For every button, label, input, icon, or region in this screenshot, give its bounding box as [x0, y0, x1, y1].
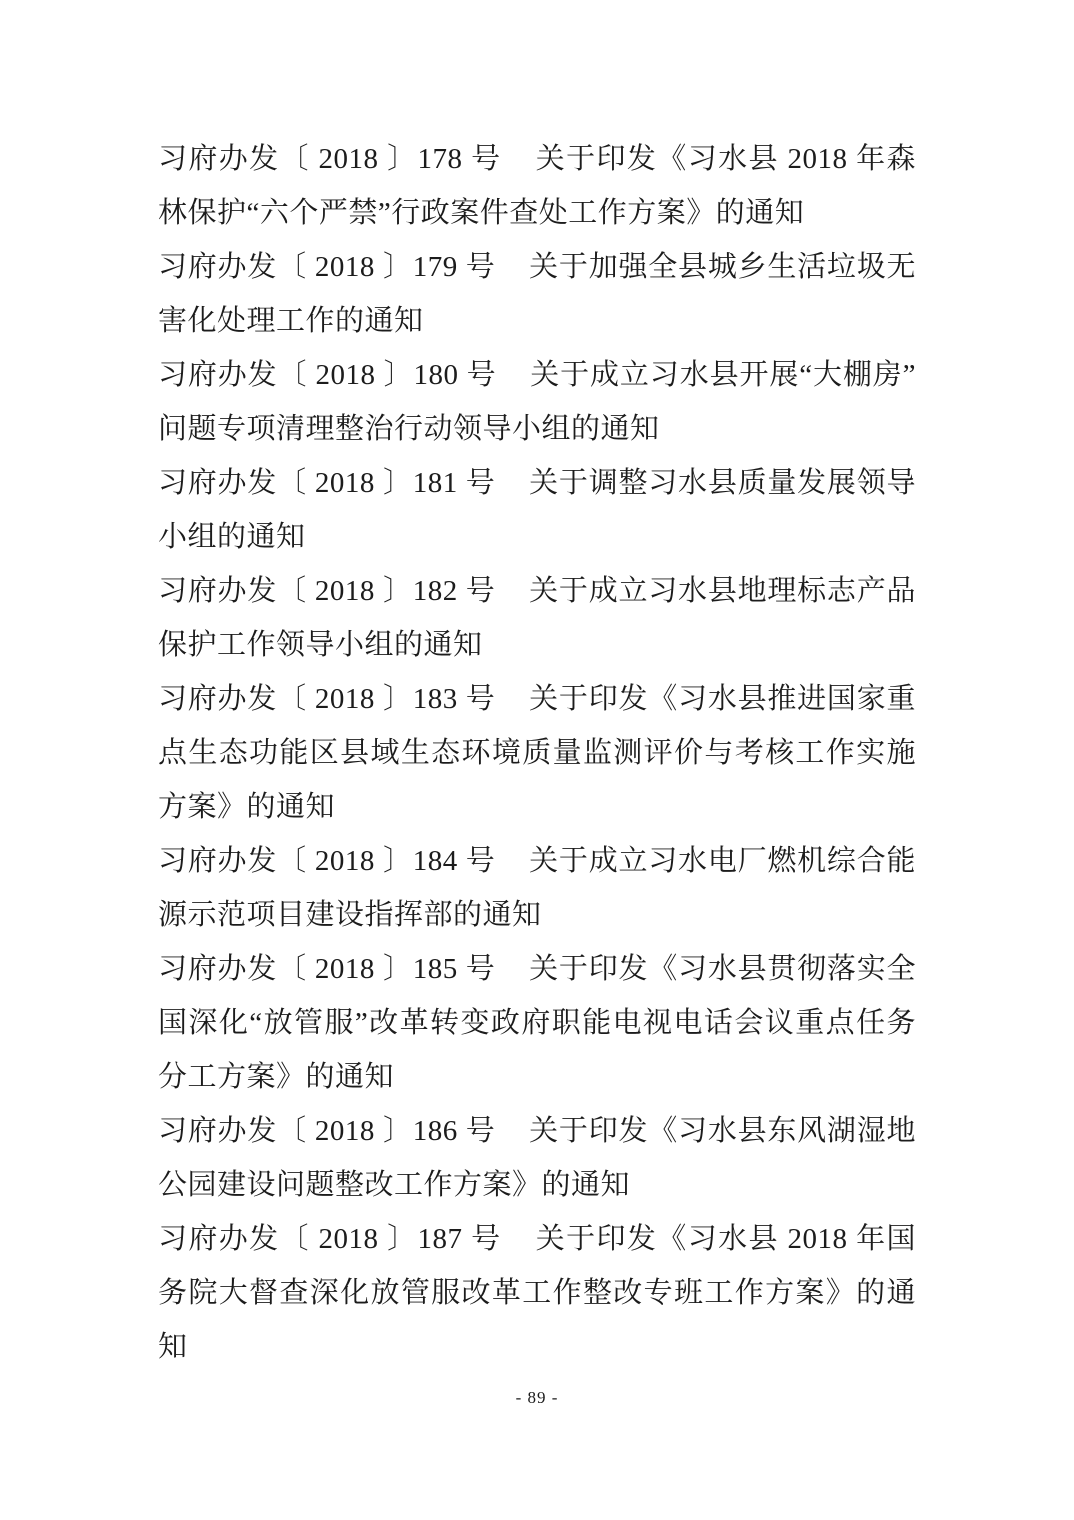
document-page: 习府办发〔 2018 〕178 号关于印发《习水县 2018 年森林保护“六个严… — [0, 0, 1074, 1520]
doc-number: 习府办发〔 2018 〕179 号 — [158, 251, 496, 283]
page-number: - 89 - — [0, 1386, 1074, 1410]
doc-number: 习府办发〔 2018 〕178 号 — [158, 143, 502, 175]
notice-entry: 习府办发〔 2018 〕182 号关于成立习水县地理标志产品保护工作领导小组的通… — [158, 564, 916, 672]
doc-number: 习府办发〔 2018 〕182 号 — [158, 575, 496, 607]
notice-entry: 习府办发〔 2018 〕184 号关于成立习水电厂燃机综合能源示范项目建设指挥部… — [158, 834, 916, 942]
doc-number: 习府办发〔 2018 〕187 号 — [158, 1223, 502, 1255]
notice-entry: 习府办发〔 2018 〕180 号关于成立习水县开展“大棚房”问题专项清理整治行… — [158, 348, 916, 456]
doc-number: 习府办发〔 2018 〕184 号 — [158, 845, 496, 877]
notice-entry: 习府办发〔 2018 〕187 号关于印发《习水县 2018 年国务院大督查深化… — [158, 1212, 916, 1374]
doc-number: 习府办发〔 2018 〕185 号 — [158, 953, 496, 985]
notice-entry: 习府办发〔 2018 〕179 号关于加强全县城乡生活垃圾无害化处理工作的通知 — [158, 240, 916, 348]
notice-entry: 习府办发〔 2018 〕185 号关于印发《习水县贯彻落实全国深化“放管服”改革… — [158, 942, 916, 1104]
doc-number: 习府办发〔 2018 〕186 号 — [158, 1115, 496, 1147]
doc-number: 习府办发〔 2018 〕180 号 — [158, 359, 497, 391]
notice-entry: 习府办发〔 2018 〕183 号关于印发《习水县推进国家重点生态功能区县域生态… — [158, 672, 916, 834]
notice-entry: 习府办发〔 2018 〕178 号关于印发《习水县 2018 年森林保护“六个严… — [158, 132, 916, 240]
notice-entry: 习府办发〔 2018 〕181 号关于调整习水县质量发展领导小组的通知 — [158, 456, 916, 564]
doc-number: 习府办发〔 2018 〕181 号 — [158, 467, 496, 499]
notice-entry: 习府办发〔 2018 〕186 号关于印发《习水县东风湖湿地公园建设问题整改工作… — [158, 1104, 916, 1212]
doc-number: 习府办发〔 2018 〕183 号 — [158, 683, 496, 715]
notice-index-list: 习府办发〔 2018 〕178 号关于印发《习水县 2018 年森林保护“六个严… — [158, 132, 916, 1374]
